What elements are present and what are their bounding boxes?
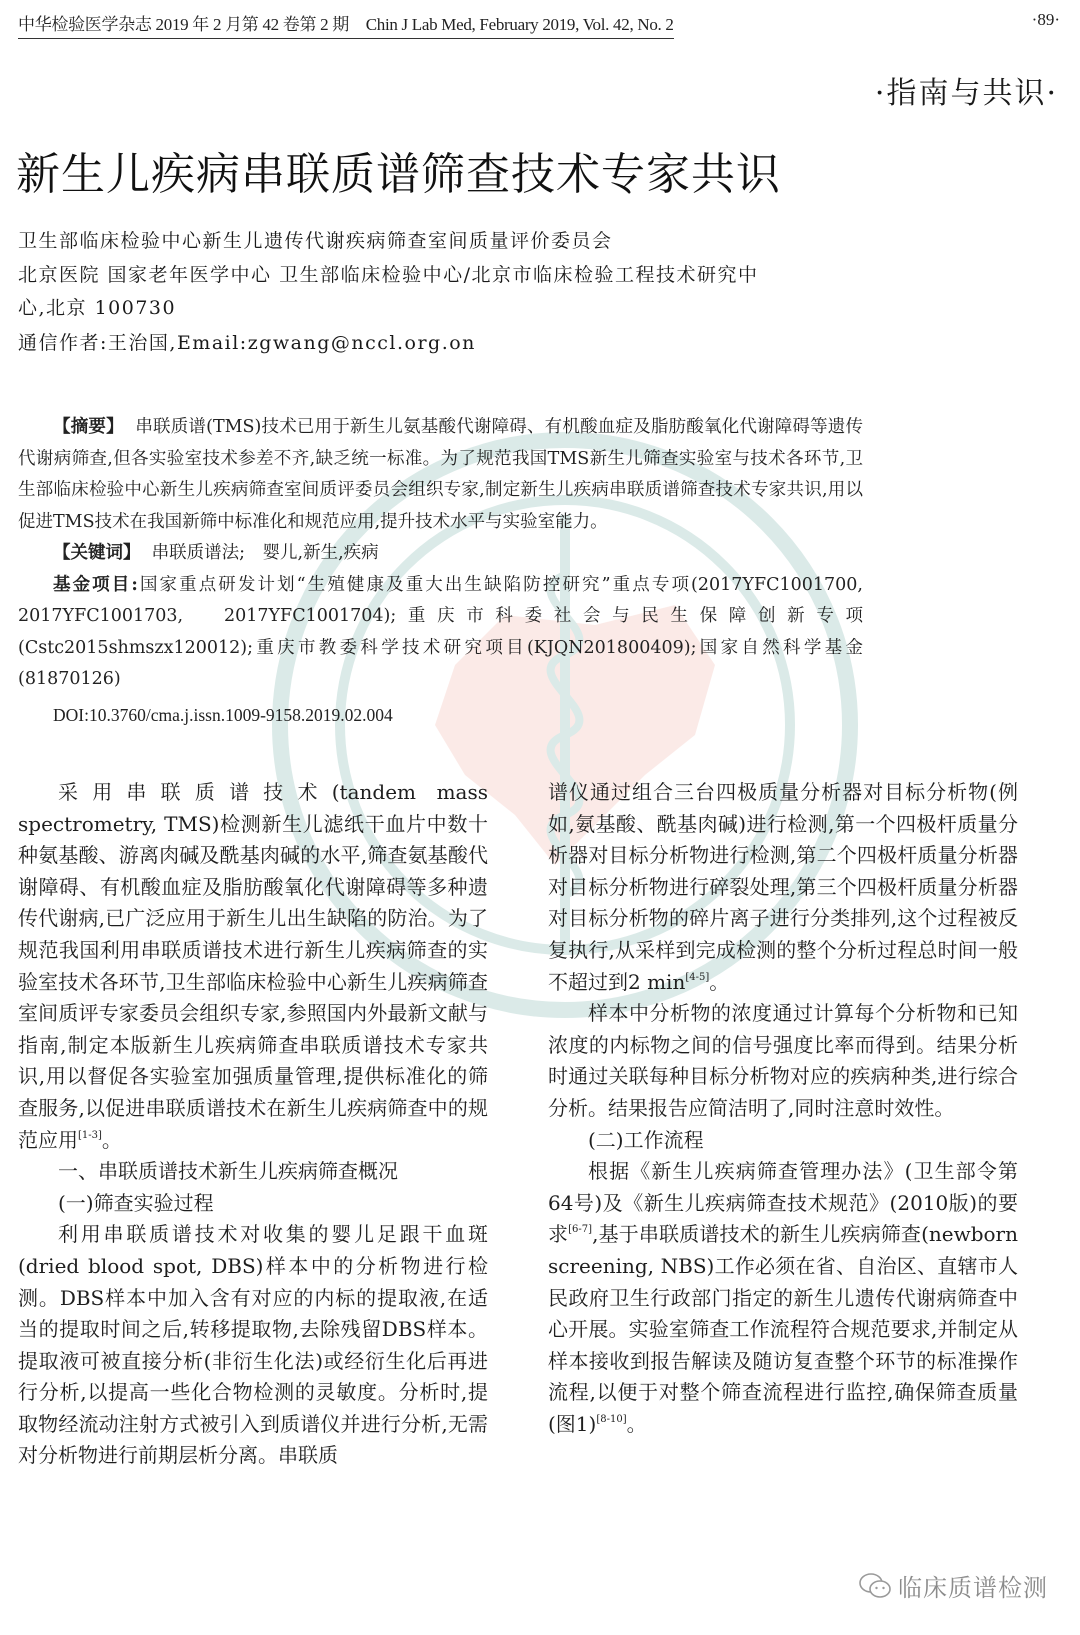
- keywords-paragraph: 【关键词】 串联质谱法; 婴儿,新生,疾病: [18, 538, 863, 570]
- intro-end: 。: [102, 1128, 122, 1152]
- abstract-label: 【摘要】: [53, 417, 124, 437]
- citation-ref: [8-10]: [596, 1414, 626, 1425]
- keywords-text: 串联质谱法; 婴儿,新生,疾病: [152, 543, 379, 563]
- body-column-right: 谱仪通过组合三台四极质量分析器对目标分析物(例如,氨基酸、酰基肉碱)进行检测,第…: [548, 777, 1018, 1440]
- funding-paragraph: 基金项目:国家重点研发计划“生殖健康及重大出生缺陷防控研究”重点专项(2017Y…: [18, 570, 863, 696]
- subsection-heading-2: (二)工作流程: [548, 1125, 1018, 1157]
- funding-label: 基金项目:: [53, 575, 138, 595]
- affiliation-line-2: 心,北京 100730: [18, 293, 176, 320]
- wechat-account-name: 临床质谱检测: [898, 1568, 1048, 1603]
- citation-ref: [6-7]: [568, 1224, 592, 1235]
- process-end: 。: [709, 970, 729, 994]
- corresponding-author: 通信作者:王治国,Email:zgwang@nccl.org.on: [18, 328, 476, 355]
- workflow-paragraph: 根据《新生儿疾病筛查管理办法》(卫生部令第64号)及《新生儿疾病筛查技术规范》(…: [548, 1156, 1018, 1440]
- intro-text: 采用串联质谱技术(tandem mass spectrometry, TMS)检…: [18, 780, 488, 1152]
- section-heading-1: 一、串联质谱技术新生儿疾病筛查概况: [18, 1156, 488, 1188]
- subsection-heading-1: (一)筛查实验过程: [18, 1188, 488, 1220]
- wechat-icon: [858, 1572, 892, 1600]
- abstract-block: 【摘要】 串联质谱(TMS)技术已用于新生儿氨基酸代谢障碍、有机酸血症及脂肪酸氧…: [18, 412, 863, 731]
- process-paragraph: 利用串联质谱技术对收集的婴儿足跟干血斑(dried blood spot, DB…: [18, 1219, 488, 1472]
- abstract-paragraph: 【摘要】 串联质谱(TMS)技术已用于新生儿氨基酸代谢障碍、有机酸血症及脂肪酸氧…: [18, 412, 863, 538]
- abstract-text: 串联质谱(TMS)技术已用于新生儿氨基酸代谢障碍、有机酸血症及脂肪酸氧化代谢障碍…: [18, 417, 863, 532]
- page-number: ·89·: [1032, 10, 1060, 30]
- citation-ref: [4-5]: [685, 972, 709, 983]
- doi-line: DOI:10.3760/cma.j.issn.1009-9158.2019.02…: [18, 700, 863, 732]
- journal-citation-line: 中华检验医学杂志 2019 年 2 月第 42 卷第 2 期 Chin J La…: [18, 10, 674, 39]
- process-cont-text: 谱仪通过组合三台四极质量分析器对目标分析物(例如,氨基酸、酰基肉碱)进行检测,第…: [548, 780, 1018, 994]
- article-title: 新生儿疾病串联质谱筛查技术专家共识: [16, 138, 781, 202]
- funding-text: 国家重点研发计划“生殖健康及重大出生缺陷防控研究”重点专项(2017YFC100…: [18, 575, 881, 690]
- body-column-left: 采用串联质谱技术(tandem mass spectrometry, TMS)检…: [18, 777, 488, 1472]
- affiliation-line-1: 北京医院 国家老年医学中心 卫生部临床检验中心/北京市临床检验工程技术研究中: [18, 260, 758, 287]
- intro-paragraph: 采用串联质谱技术(tandem mass spectrometry, TMS)检…: [18, 777, 488, 1156]
- column-category-tag: ·指南与共识·: [875, 68, 1058, 112]
- wechat-account-logo: 临床质谱检测: [858, 1568, 1048, 1603]
- workflow-end: 。: [627, 1412, 647, 1436]
- workflow-text-2: ,基于串联质谱技术的新生儿疾病筛查(newborn screening, NBS…: [548, 1222, 1018, 1436]
- concentration-paragraph: 样本中分析物的浓度通过计算每个分析物和已知浓度的内标物之间的信号强度比率而得到。…: [548, 998, 1018, 1124]
- author-group: 卫生部临床检验中心新生儿遗传代谢疾病筛查室间质量评价委员会: [18, 226, 613, 253]
- keywords-label: 【关键词】: [53, 543, 141, 563]
- running-header: 中华检验医学杂志 2019 年 2 月第 42 卷第 2 期 Chin J La…: [18, 8, 1068, 34]
- citation-ref: [1-3]: [78, 1130, 102, 1141]
- process-paragraph-continued: 谱仪通过组合三台四极质量分析器对目标分析物(例如,氨基酸、酰基肉碱)进行检测,第…: [548, 777, 1018, 998]
